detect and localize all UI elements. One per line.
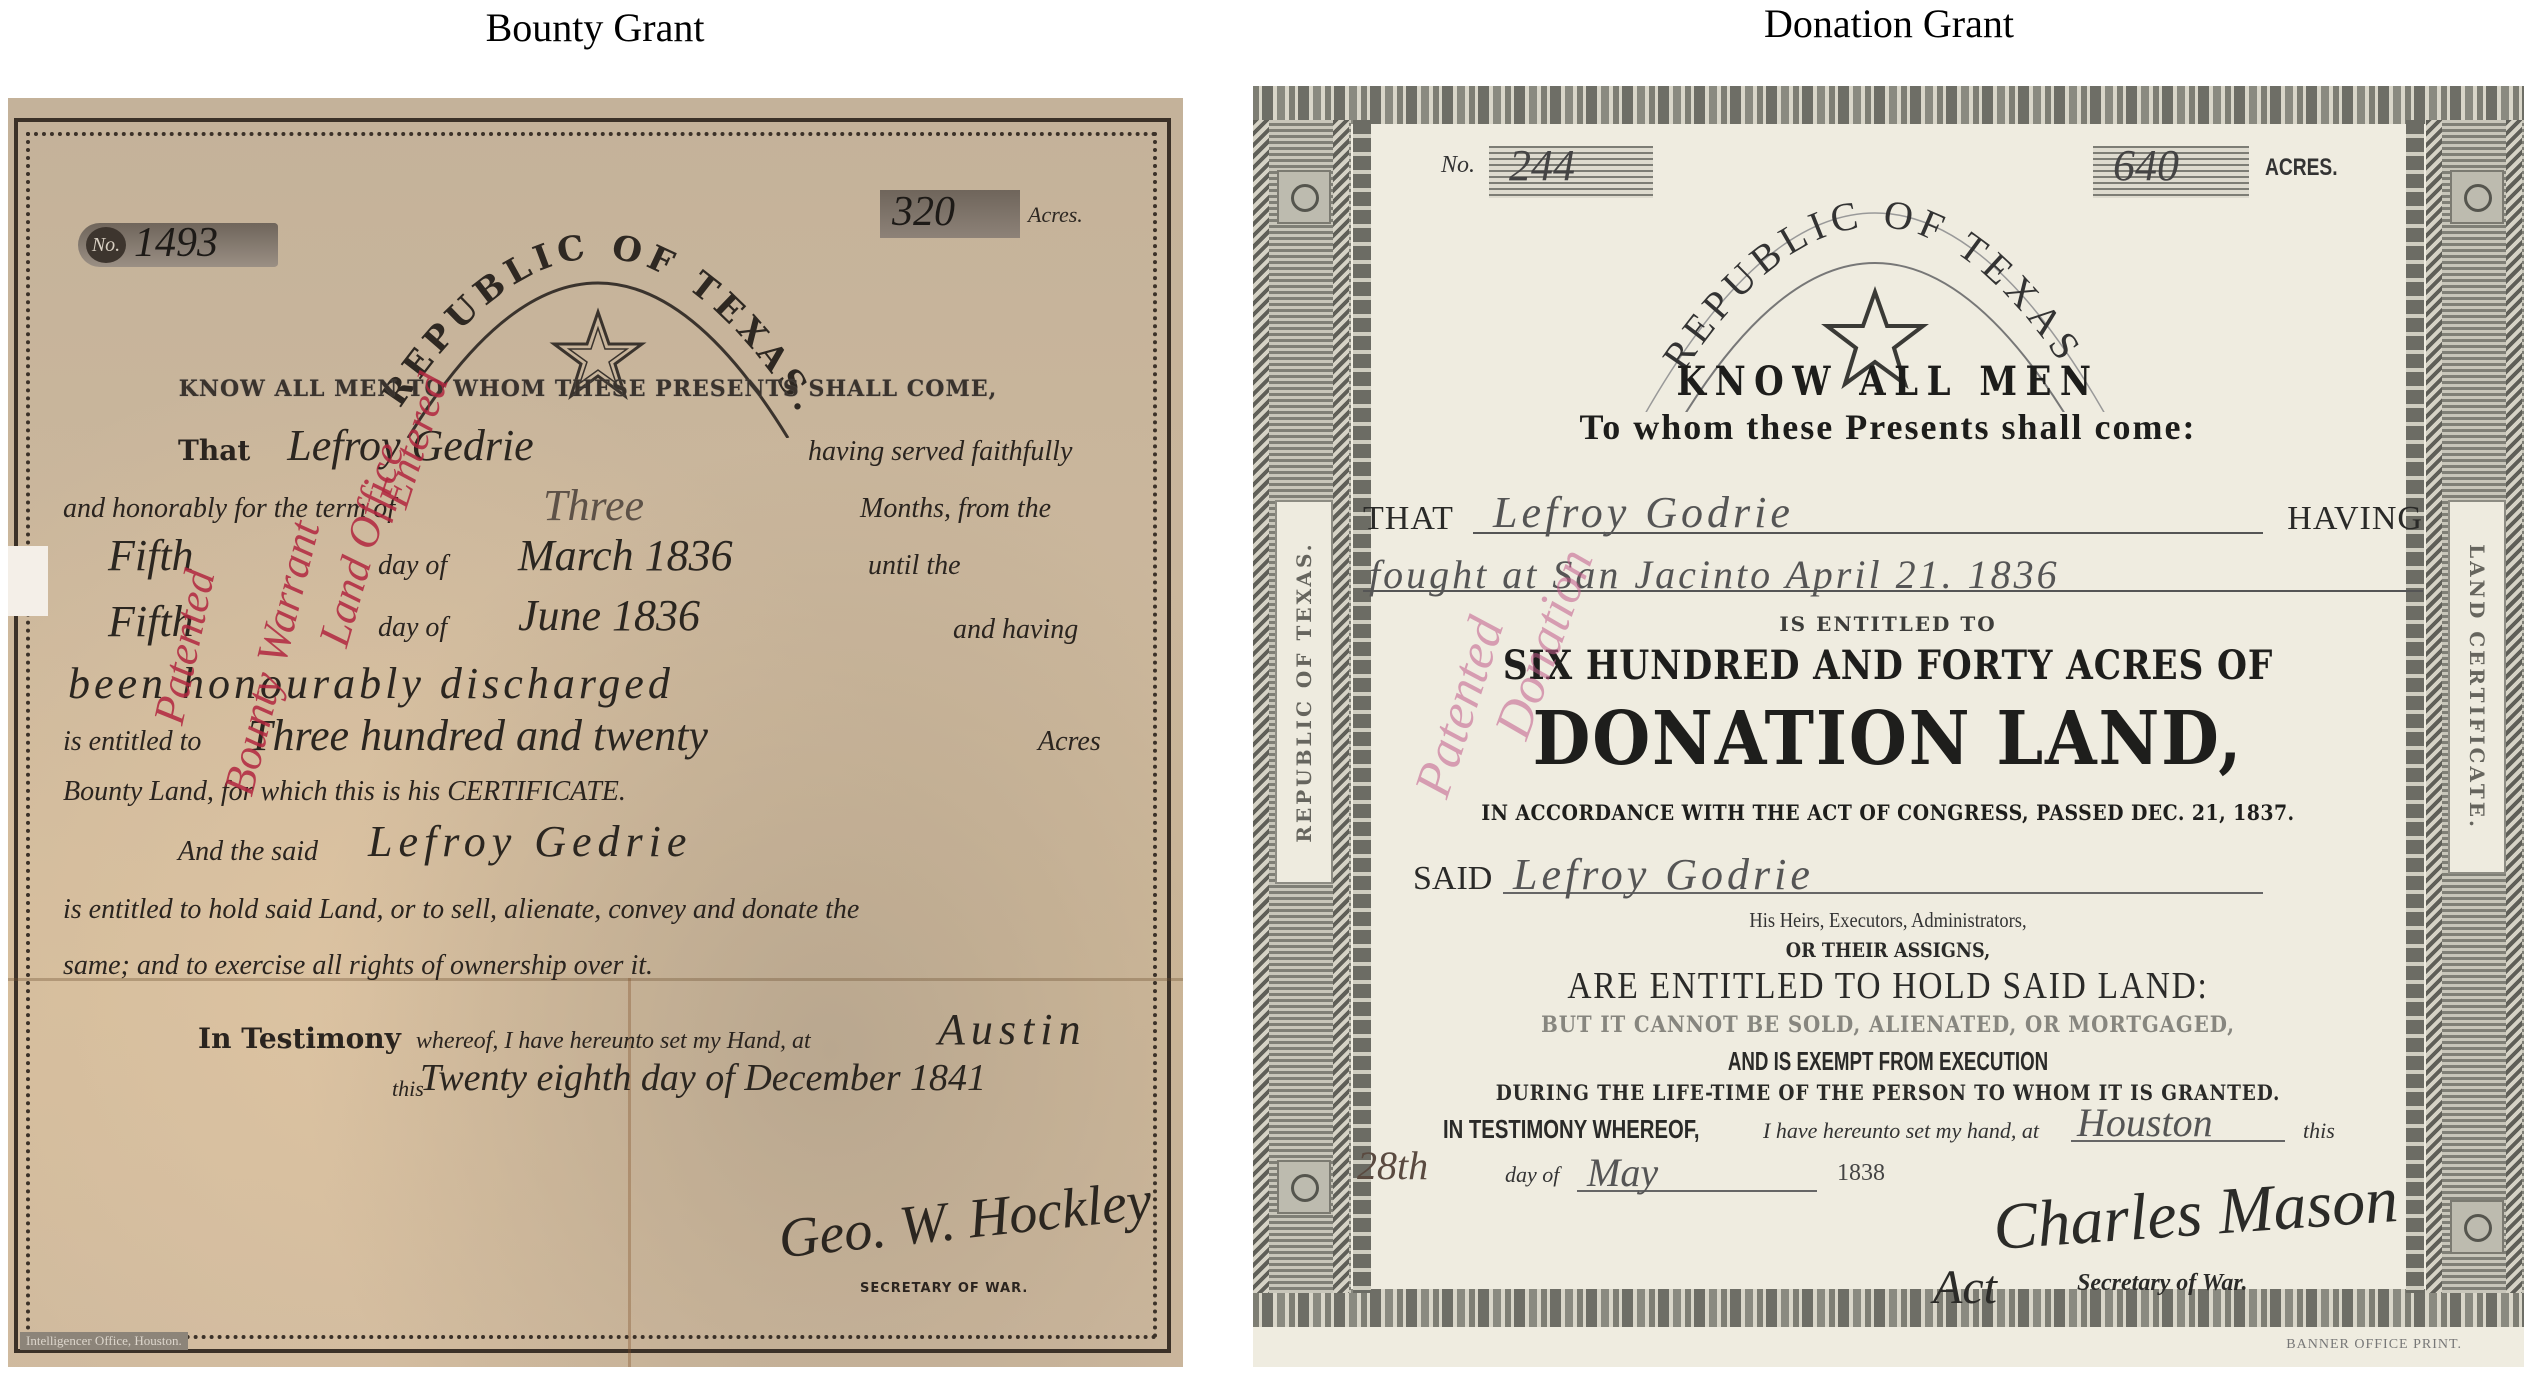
- ornament-icon: [1277, 170, 1331, 224]
- grantee-name-2: Lefroy Godrie: [1513, 849, 1814, 900]
- certificate-number-box: No. 1493: [78, 223, 278, 267]
- line-2-suffix: Months, from the: [860, 493, 1051, 525]
- acres-label: Acres.: [1028, 202, 1083, 228]
- said-field: Lefroy Godrie: [1503, 892, 2263, 894]
- exempt-line: AND IS EXEMPT FROM EXECUTION: [1503, 1046, 2273, 1077]
- not-sold-line: BUT IT CANNOT BE SOLD, ALIENATED, OR MOR…: [1407, 1012, 2370, 1038]
- line-8-prefix: And the said: [178, 836, 318, 868]
- service-term: Three: [543, 480, 644, 531]
- month-field: May: [1577, 1146, 1817, 1192]
- grantee-name-2: Lefroy Gedrie: [368, 816, 692, 867]
- ornament-icon: [2450, 1200, 2504, 1254]
- bounty-grant-document: No. 1493 320 Acres. REPUBLIC OF TEXAS. K…: [8, 98, 1183, 1367]
- signature: Charles Mason: [1991, 1162, 2401, 1266]
- line-1-suffix: having served faithfully: [808, 436, 1072, 468]
- printer-imprint: Intelligencer Office, Houston.: [20, 1332, 188, 1350]
- start-date: March 1836: [518, 530, 733, 581]
- torn-corner: [8, 546, 48, 616]
- service-line: fought at San Jacinto April 21. 1836: [1363, 542, 2423, 596]
- signature-title: SECRETARY OF WAR.: [860, 1281, 1028, 1296]
- acres-label: ACRES.: [2265, 154, 2338, 182]
- acres-written: Three hundred and twenty: [248, 710, 708, 761]
- testimony-line: In Testimony whereof, I have hereunto se…: [198, 1022, 811, 1056]
- line-3-suffix: until the: [868, 550, 961, 582]
- day-number: 28th: [1357, 1142, 1428, 1189]
- grantee-name: Lefroy Godrie: [1493, 487, 1794, 538]
- assigns-line: OR THEIR ASSIGNS,: [1417, 938, 2359, 962]
- subheading: To whom these Presents shall come:: [1353, 406, 2423, 448]
- line-3-mid: day of: [378, 550, 447, 582]
- accordance-line: IN ACCORDANCE WITH THE ACT OF CONGRESS, …: [1407, 800, 2370, 825]
- testimony-place-field: Houston: [2071, 1096, 2285, 1142]
- certificate-number: 244: [1509, 140, 1575, 191]
- testimony-place: Houston: [2077, 1099, 2213, 1146]
- acres-box: 320: [880, 190, 1020, 238]
- signature-mark: Act: [1933, 1260, 1997, 1315]
- testimony-date: Twenty eighth day of December 1841: [420, 1056, 986, 1100]
- number-label: No.: [86, 227, 126, 263]
- acres-value: 320: [892, 188, 955, 236]
- side-panel: LAND CERTIFICATE.: [2448, 500, 2506, 874]
- line-1: That Lefroy Gedrie: [178, 420, 534, 471]
- printer-imprint: BANNER OFFICE PRINT.: [2286, 1337, 2462, 1353]
- signature-title: Secretary of War.: [2077, 1270, 2247, 1297]
- donation-grant-document: REPUBLIC OF TEXAS. LAND CERTIFICATE. No.…: [1253, 86, 2524, 1367]
- service-note: fought at San Jacinto April 21. 1836: [1369, 551, 2060, 598]
- svg-text:REPUBLIC OF TEXAS.: REPUBLIC OF TEXAS.: [1653, 191, 2102, 386]
- that-label: THAT: [1363, 500, 1454, 538]
- line-10: same; and to exercise all rights of owne…: [63, 950, 653, 982]
- left-ornamental-border: REPUBLIC OF TEXAS.: [1253, 120, 1351, 1293]
- arch-title: REPUBLIC OF TEXAS.: [1653, 191, 2102, 386]
- donation-grant-caption: Donation Grant: [1254, 0, 2524, 52]
- bounty-grant-caption: Bounty Grant: [0, 0, 1190, 56]
- ornament-icon: [1277, 1160, 1331, 1214]
- grantee-field: Lefroy Godrie: [1473, 532, 2263, 534]
- line-4-mid: day of: [378, 612, 447, 644]
- right-ornamental-border: LAND CERTIFICATE.: [2426, 120, 2524, 1293]
- line-9: is entitled to hold said Land, or to sel…: [63, 894, 859, 926]
- having-label: HAVING: [2287, 500, 2423, 538]
- number-label: No.: [1441, 152, 1475, 179]
- line-6-prefix: is entitled to: [63, 726, 201, 758]
- grantee-line: THAT Lefroy Godrie HAVING: [1363, 490, 2423, 540]
- testimony-place: Austin: [938, 1004, 1086, 1055]
- line-4-suffix: and having: [953, 614, 1078, 646]
- side-panel: REPUBLIC OF TEXAS.: [1275, 500, 1333, 884]
- month-value: May: [1587, 1149, 1658, 1196]
- said-label: SAID: [1413, 860, 1492, 898]
- ornament-icon: [2450, 170, 2504, 224]
- side-text-left: REPUBLIC OF TEXAS.: [1292, 541, 1316, 842]
- certificate-number: 1493: [134, 219, 218, 267]
- line-7: Bounty Land, for which this is his CERTI…: [63, 776, 626, 808]
- end-date: June 1836: [518, 590, 700, 641]
- heading: KNOW ALL MEN TO WHOM THESE PRESENTS SHAL…: [68, 376, 1108, 402]
- testimony-line: IN TESTIMONY WHEREOF, I have hereunto se…: [1443, 1114, 1772, 1145]
- said-line: SAID Lefroy Godrie: [1363, 846, 2423, 902]
- side-text-right: LAND CERTIFICATE.: [2465, 544, 2489, 830]
- hold-line: ARE ENTITLED TO HOLD SAID LAND:: [1417, 964, 2359, 1008]
- year-value: 1838: [1837, 1160, 1885, 1187]
- heading: KNOW ALL MEN: [1433, 358, 2343, 405]
- ornamental-border-top: [1253, 86, 2524, 124]
- line-6-suffix: Acres: [1038, 726, 1101, 758]
- ornamental-border-bottom: [1253, 1289, 2524, 1327]
- heirs-line: His Heirs, Executors, Administrators,: [1417, 908, 2359, 933]
- service-field: fought at San Jacinto April 21. 1836: [1363, 590, 2423, 592]
